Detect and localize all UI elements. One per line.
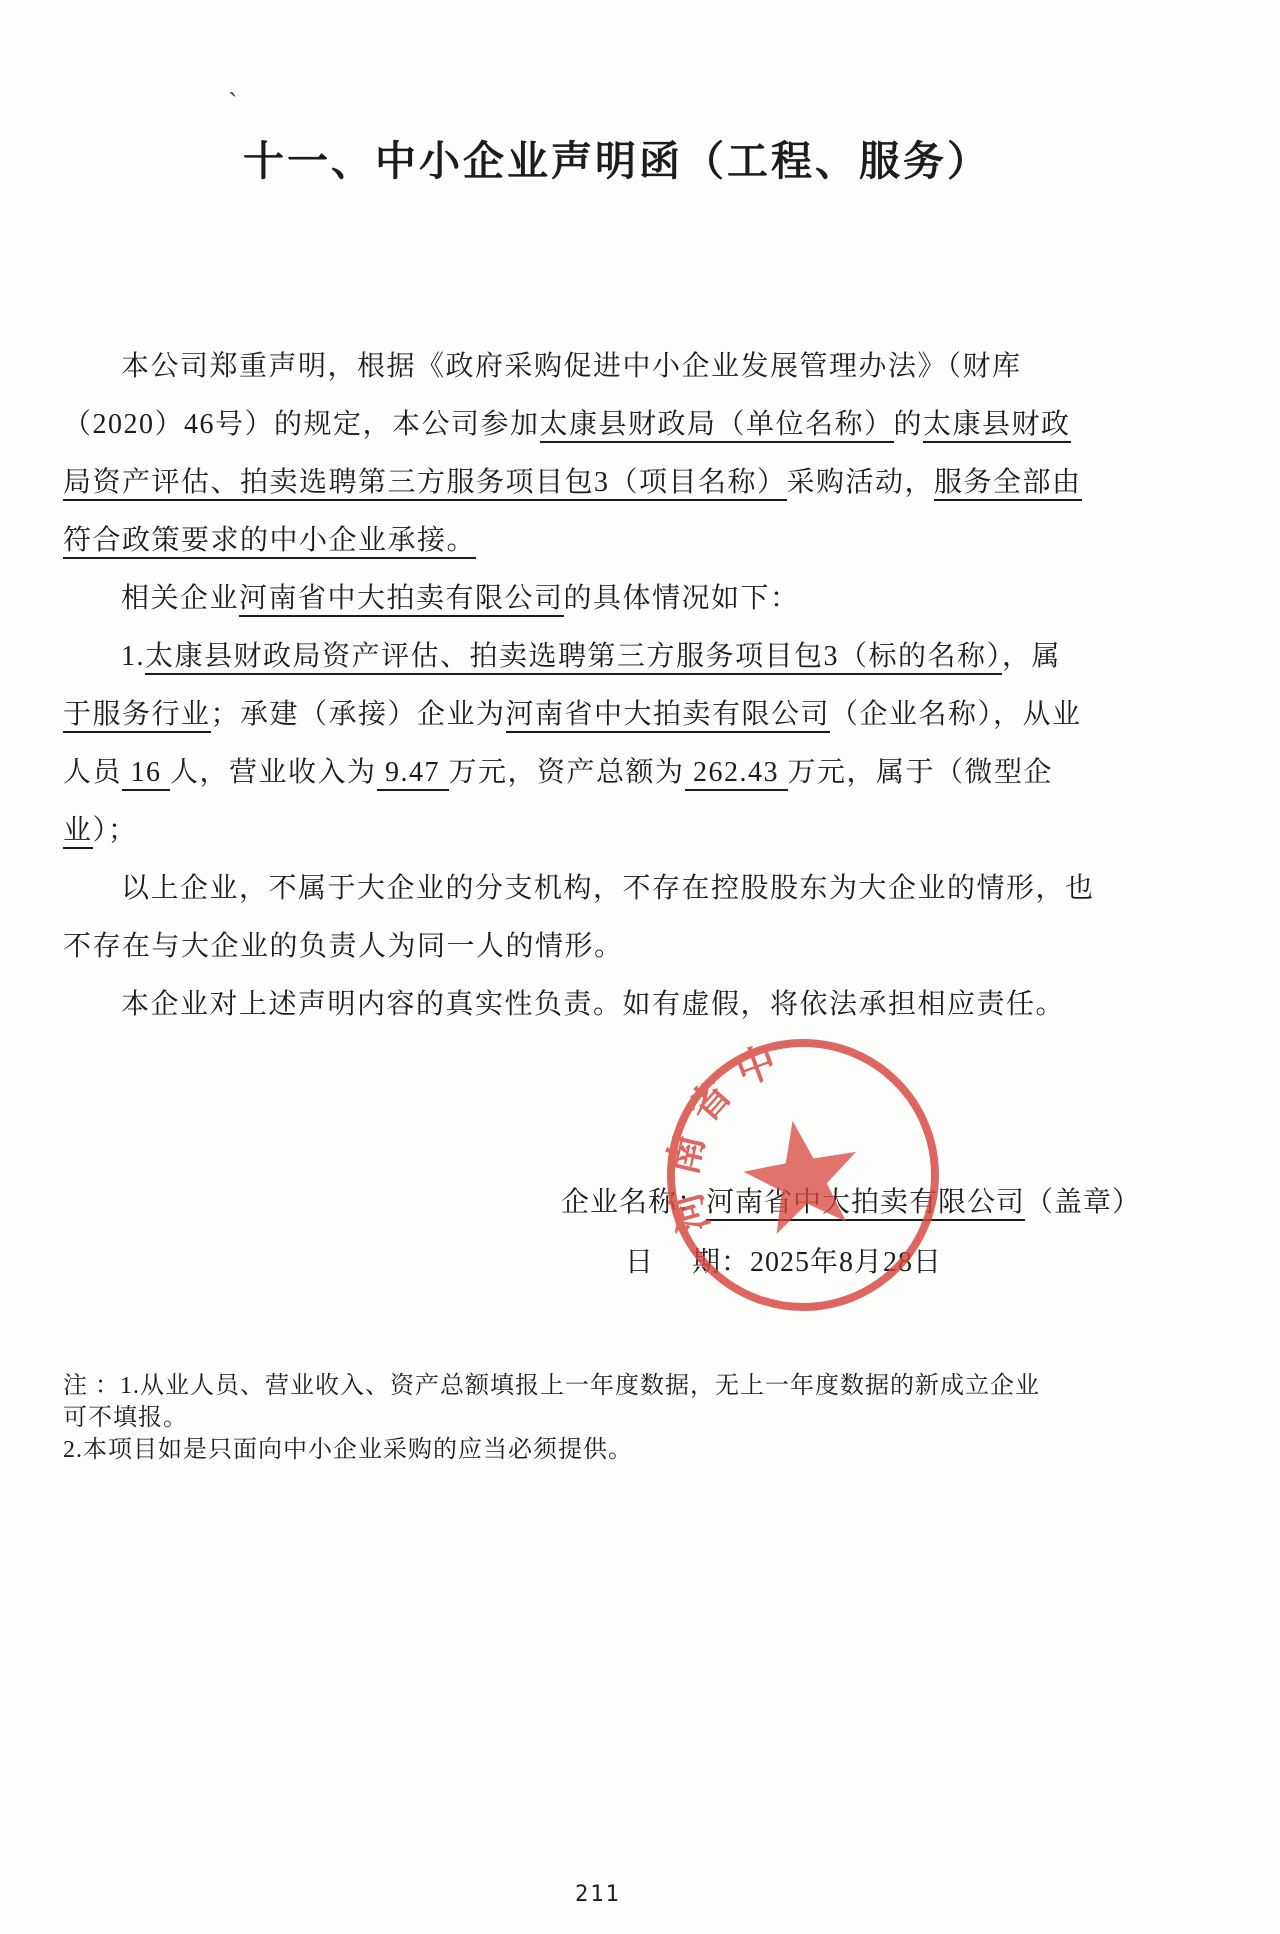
plain-text: 采购活动， [787, 467, 935, 498]
body-line: 本公司郑重声明，根据《政府采购促进中小企业发展管理办法》（财库 [63, 338, 1233, 396]
seal-hint-label: （盖章） [1025, 1187, 1141, 1218]
notes: 注 ：1.从业人员、营业收入、资产总额填报上一年度数据，无上一年度数据的新成立企… [63, 1370, 1223, 1466]
underlined-text: 9.47 [377, 757, 449, 791]
plain-text: 人员 [63, 757, 122, 788]
plain-text: 本公司郑重声明，根据《政府采购促进中小企业发展管理办法》（财库 [121, 351, 1022, 382]
underlined-text: 符合政策要求的中小企业承接。 [63, 525, 476, 559]
plain-text: （2020）46号）的规定，本公司参加 [63, 409, 540, 440]
page-number: 211 [575, 1882, 621, 1907]
body-line: 人员 16 人，营业收入为 9.47 万元，资产总额为 262.43 万元，属于… [63, 744, 1233, 802]
plain-text: 1. [121, 641, 145, 672]
plain-text: 万元，属于（微型企 [788, 757, 1054, 788]
plain-text: ，属 [1002, 641, 1061, 672]
underlined-text: 服务全部由 [934, 467, 1082, 501]
body-line: 本企业对上述声明内容的真实性负责。如有虚假，将依法承担相应责任。 [63, 976, 1233, 1034]
note-line: 可不填报。 [63, 1402, 1223, 1434]
scan-artifact-mark: ` [228, 88, 237, 120]
body-line: 于服务行业；承建（承接）企业为河南省中大拍卖有限公司（企业名称），从业 [63, 686, 1233, 744]
underlined-text: 局资产评估、拍卖选聘第三方服务项目包3（项目名称） [63, 467, 787, 501]
plain-text: 人，营业收入为 [170, 757, 377, 788]
plain-text: 的具体情况如下： [564, 583, 800, 614]
plain-text: 以上企业，不属于大企业的分支机构，不存在控股股东为大企业的情形，也 [121, 873, 1095, 904]
body-line: 不存在与大企业的负责人为同一人的情形。 [63, 918, 1233, 976]
body-line: 局资产评估、拍卖选聘第三方服务项目包3（项目名称）采购活动，服务全部由 [63, 454, 1233, 512]
underlined-text: 太康县财政局（单位名称） [540, 409, 894, 443]
seal-circular-text: 河南省中大拍卖有限公司 [658, 1030, 794, 1238]
underlined-text: 河南省中大拍卖有限公司 [506, 699, 831, 733]
company-seal: 河南省中大拍卖有限公司 [658, 1030, 948, 1320]
body-text: 本公司郑重声明，根据《政府采购促进中小企业发展管理办法》（财库（2020）46号… [63, 338, 1233, 1034]
underlined-text: 于服务行业 [63, 699, 211, 733]
underlined-text: 河南省中大拍卖有限公司 [239, 583, 564, 617]
plain-text: ；承建（承接）企业为 [211, 699, 506, 730]
body-line: 1.太康县财政局资产评估、拍卖选聘第三方服务项目包3（标的名称），属 [63, 628, 1233, 686]
body-line: 以上企业，不属于大企业的分支机构，不存在控股股东为大企业的情形，也 [63, 860, 1233, 918]
document-page: ` 十一、中小企业声明函（工程、服务） 本公司郑重声明，根据《政府采购促进中小企… [0, 0, 1280, 1934]
note-line: 2.本项目如是只面向中小企业采购的应当必须提供。 [63, 1434, 1223, 1466]
underlined-text: 太康县财政 [923, 409, 1071, 443]
seal-star-icon [736, 1111, 867, 1238]
plain-text: 相关企业 [121, 583, 239, 614]
body-line: 相关企业河南省中大拍卖有限公司的具体情况如下： [63, 570, 1233, 628]
plain-text: ）； [93, 815, 138, 846]
underlined-text: 太康县财政局资产评估、拍卖选聘第三方服务项目包3（标的名称） [145, 641, 1002, 675]
plain-text: 的 [894, 409, 924, 440]
body-line: （2020）46号）的规定，本公司参加太康县财政局（单位名称）的太康县财政 [63, 396, 1233, 454]
plain-text: 本企业对上述声明内容的真实性负责。如有虚假，将依法承担相应责任。 [121, 989, 1065, 1020]
body-line: 符合政策要求的中小企业承接。 [63, 512, 1233, 570]
page-title: 十一、中小企业声明函（工程、服务） [243, 128, 991, 187]
plain-text: 不存在与大企业的负责人为同一人的情形。 [63, 931, 624, 962]
body-line: 业）； [63, 802, 1233, 860]
plain-text: （企业名称），从业 [830, 699, 1082, 730]
underlined-text: 16 [122, 757, 170, 791]
date-label-left: 日 [625, 1247, 654, 1278]
note-line: 注 ：1.从业人员、营业收入、资产总额填报上一年度数据，无上一年度数据的新成立企… [63, 1370, 1223, 1402]
underlined-text: 业 [63, 815, 93, 849]
underlined-text: 262.43 [685, 757, 788, 791]
plain-text: 万元，资产总额为 [449, 757, 685, 788]
